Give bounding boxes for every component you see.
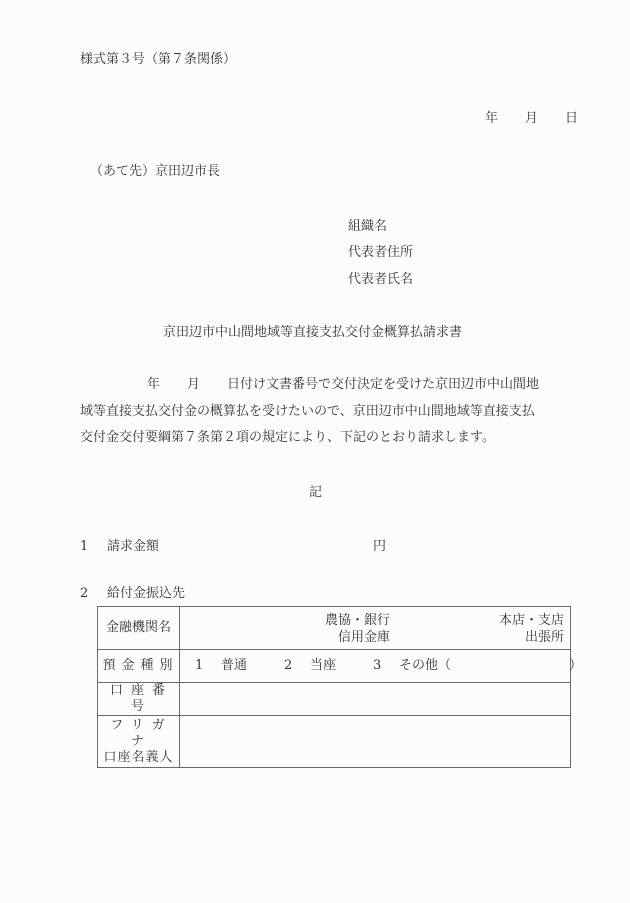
institution-name-field[interactable]: 農協・銀行 信用金庫 本店・支店 出張所: [180, 607, 571, 650]
option-other[interactable]: その他（: [399, 658, 451, 674]
option-2-number: 2: [277, 658, 310, 674]
institution-type-line-2: 信用金庫: [290, 629, 390, 646]
document-title: 京田辺市中山間地域等直接支払交付金概算払請求書: [163, 325, 462, 341]
table-row-account-holder: フリガナ 口座名義人: [98, 716, 571, 768]
item-transfer-destination: 2給付金振込先: [80, 586, 185, 602]
representative-address-label: 代表者住所: [348, 245, 413, 261]
option-3-number: 3: [366, 658, 399, 674]
organization-label: 組織名: [348, 219, 387, 235]
option-1-number: 1: [188, 658, 221, 674]
body-line-1: 年月日付け文書番号で交付決定を受けた京田辺市中山間地: [80, 377, 539, 393]
furigana-label: フリガナ: [98, 718, 179, 750]
item-label: 給付金振込先: [107, 586, 185, 601]
item-request-amount: 1請求金額: [80, 539, 159, 555]
deposit-type-label: 預金種別: [98, 658, 178, 674]
institution-type-options: 農協・銀行 信用金庫: [290, 612, 390, 646]
institution-type-line-1: 農協・銀行: [290, 612, 390, 629]
item-number: 1: [80, 539, 107, 555]
item-label: 請求金額: [107, 539, 159, 554]
table-row-account-number: 口座番号: [98, 683, 571, 716]
branch-type-line-2: 出張所: [499, 629, 564, 646]
bank-account-table: 金融機関名 農協・銀行 信用金庫 本店・支店 出張所 預金種別 1普通2当座3そ…: [97, 606, 571, 768]
institution-name-label: 金融機関名: [98, 607, 180, 650]
deposit-type-field[interactable]: 1普通2当座3その他（）: [180, 650, 571, 683]
branch-type-line-1: 本店・支店: [499, 612, 564, 629]
table-row-deposit-type: 預金種別 1普通2当座3その他（）: [98, 650, 571, 683]
body-line-1-text: 日付け文書番号で交付決定を受けた京田辺市中山間地: [227, 377, 539, 392]
account-holder-label-cell: フリガナ 口座名義人: [98, 716, 180, 768]
account-number-label: 口座番号: [98, 683, 179, 715]
body-line-2: 域等直接支払交付金の概算払を受けたいので、京田辺市中山間地域等直接支払: [80, 404, 535, 420]
body-month-label: 月: [187, 377, 200, 392]
account-number-field[interactable]: [180, 683, 571, 716]
ki-heading: 記: [309, 485, 322, 501]
option-ordinary[interactable]: 普通: [221, 658, 247, 674]
account-holder-label: 口座名義人: [98, 750, 179, 766]
addressee: （あて先）京田辺市長: [90, 164, 220, 180]
date-line: 年月日: [458, 111, 578, 127]
branch-type-options: 本店・支店 出張所: [499, 612, 564, 646]
account-holder-field[interactable]: [180, 716, 571, 768]
close-paren: ）: [569, 658, 582, 674]
representative-name-label: 代表者氏名: [348, 272, 413, 288]
item-number: 2: [80, 586, 107, 602]
date-month-label: 月: [525, 111, 538, 127]
date-day-label: 日: [565, 111, 578, 127]
table-row-institution: 金融機関名 農協・銀行 信用金庫 本店・支店 出張所: [98, 607, 571, 650]
form-number: 様式第３号（第７条関係）: [80, 52, 236, 68]
account-number-label-cell: 口座番号: [98, 683, 180, 716]
deposit-type-label-cell: 預金種別: [98, 650, 180, 683]
option-current[interactable]: 当座: [310, 658, 336, 674]
body-year-label: 年: [147, 377, 160, 392]
date-year-label: 年: [485, 111, 498, 127]
body-line-3: 交付金交付要綱第７条第２項の規定により、下記のとおり請求します。: [80, 430, 495, 446]
yen-unit: 円: [373, 539, 386, 555]
